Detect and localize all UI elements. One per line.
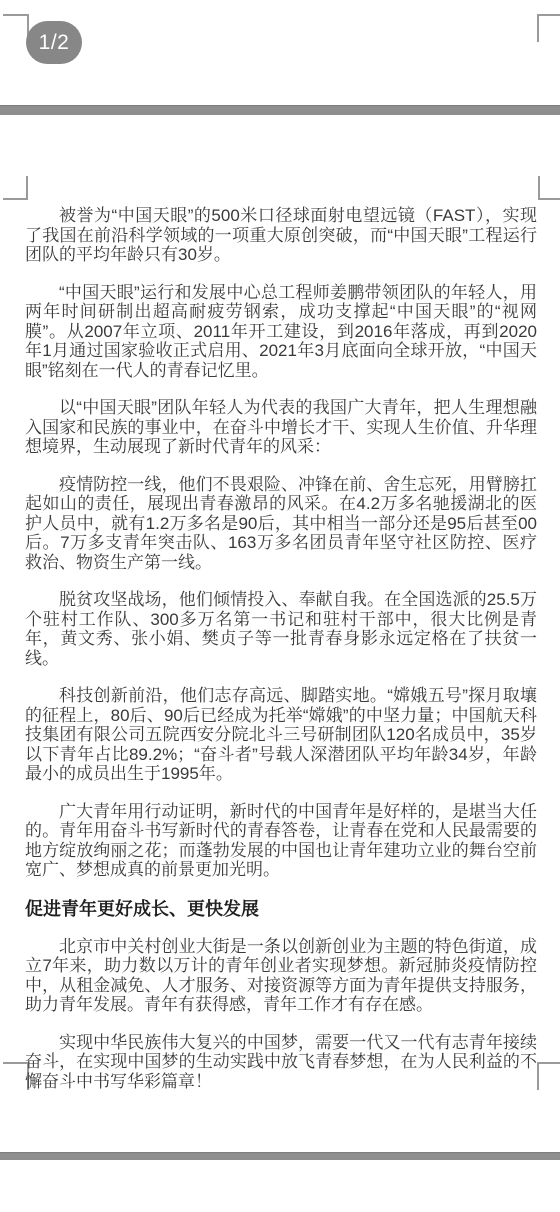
section-heading-youth-development: 促进青年更好成长、更快发展 <box>25 898 537 920</box>
page-separator-bar-top <box>0 105 560 115</box>
paragraph-fast-team: “中国天眼”运行和发展中心总工程师姜鹏带领团队的年轻人，用两年时间研制出超高耐疲… <box>25 283 537 381</box>
paragraph-china-dream: 实现中华民族伟大复兴的中国梦，需要一代又一代有志青年接续奋斗，在实现中国梦的生动… <box>25 1033 537 1092</box>
paragraph-youth-proof: 广大青年用行动证明，新时代的中国青年是好样的，是堪当大任的。青年用奋斗书写新时代… <box>25 802 537 880</box>
paragraph-pandemic-frontline: 疫情防控一线，他们不畏艰险、冲锋在前、舍生忘死，用臂膀扛起如山的责任，展现出青春… <box>25 475 537 573</box>
crop-mark-page1-bottom-right <box>537 14 560 42</box>
paragraph-science-innovation: 科技创新前沿，他们志存高远、脚踏实地。“嫦娥五号”探月取壤的征程上，80后、90… <box>25 686 537 784</box>
paragraph-fast-intro: 被誉为“中国天眼”的500米口径球面射电望远镜（FAST），实现了我国在前沿科学… <box>25 206 537 265</box>
paragraph-zhongguancun-street: 北京市中关村创业大街是一条以创新创业为主题的特色街道，成立7年来，助力数以万计的… <box>25 937 537 1015</box>
crop-mark-page2-top-left <box>3 176 28 200</box>
crop-mark-page1-bottom-left <box>3 14 29 43</box>
page-separator-bar-bottom <box>0 1152 560 1160</box>
page-indicator-badge: 1/2 <box>26 21 82 64</box>
paragraph-poverty-alleviation: 脱贫攻坚战场，他们倾情投入、奉献自我。在全国选派的25.5万个驻村工作队、300… <box>25 590 537 668</box>
crop-mark-page2-top-right <box>538 176 560 200</box>
page-indicator-label: 1/2 <box>39 31 70 55</box>
crop-mark-page2-bottom-right <box>537 1062 560 1090</box>
paragraph-youth-ideals: 以“中国天眼”团队年轻人为代表的我国广大青年，把人生理想融入国家和民族的事业中，… <box>25 398 537 457</box>
document-text-area[interactable]: 被誉为“中国天眼”的500米口径球面射电望远镜（FAST），实现了我国在前沿科学… <box>25 206 537 1109</box>
